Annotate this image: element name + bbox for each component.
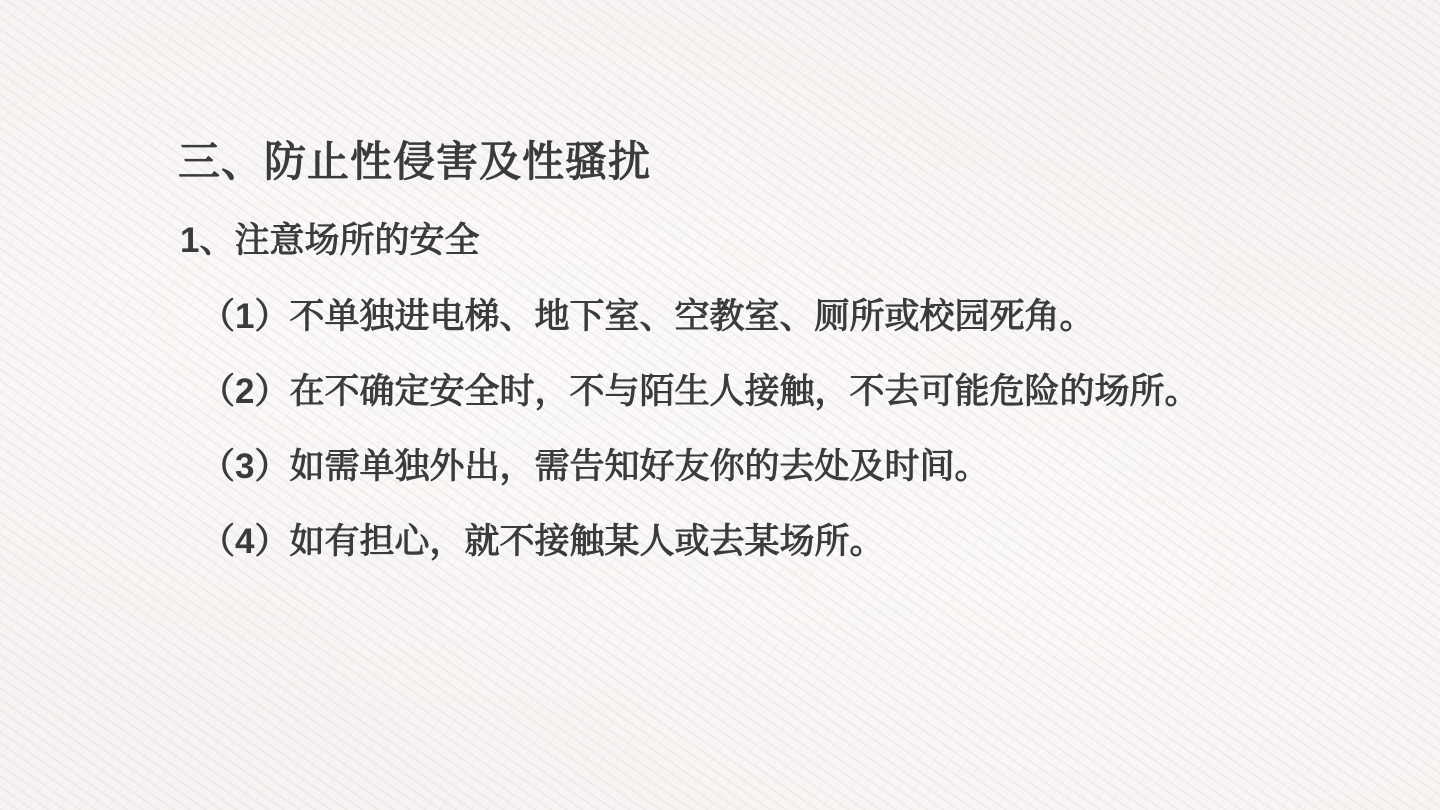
section-heading: 1、注意场所的安全 <box>180 218 479 264</box>
list-item: （2）在不确定安全时，不与陌生人接触，不去可能危险的场所。 <box>200 369 1199 415</box>
list-item: （4）如有担心，就不接触某人或去某场所。 <box>200 519 1199 565</box>
slide: 三、防止性侵害及性骚扰 1、注意场所的安全 （1）不单独进电梯、地下室、空教室、… <box>0 0 1440 810</box>
slide-title: 三、防止性侵害及性骚扰 <box>178 136 651 188</box>
safety-tips-list: （1）不单独进电梯、地下室、空教室、厕所或校园死角。 （2）在不确定安全时，不与… <box>200 294 1199 594</box>
list-item: （3）如需单独外出，需告知好友你的去处及时间。 <box>200 444 1199 490</box>
list-item: （1）不单独进电梯、地下室、空教室、厕所或校园死角。 <box>200 294 1199 340</box>
